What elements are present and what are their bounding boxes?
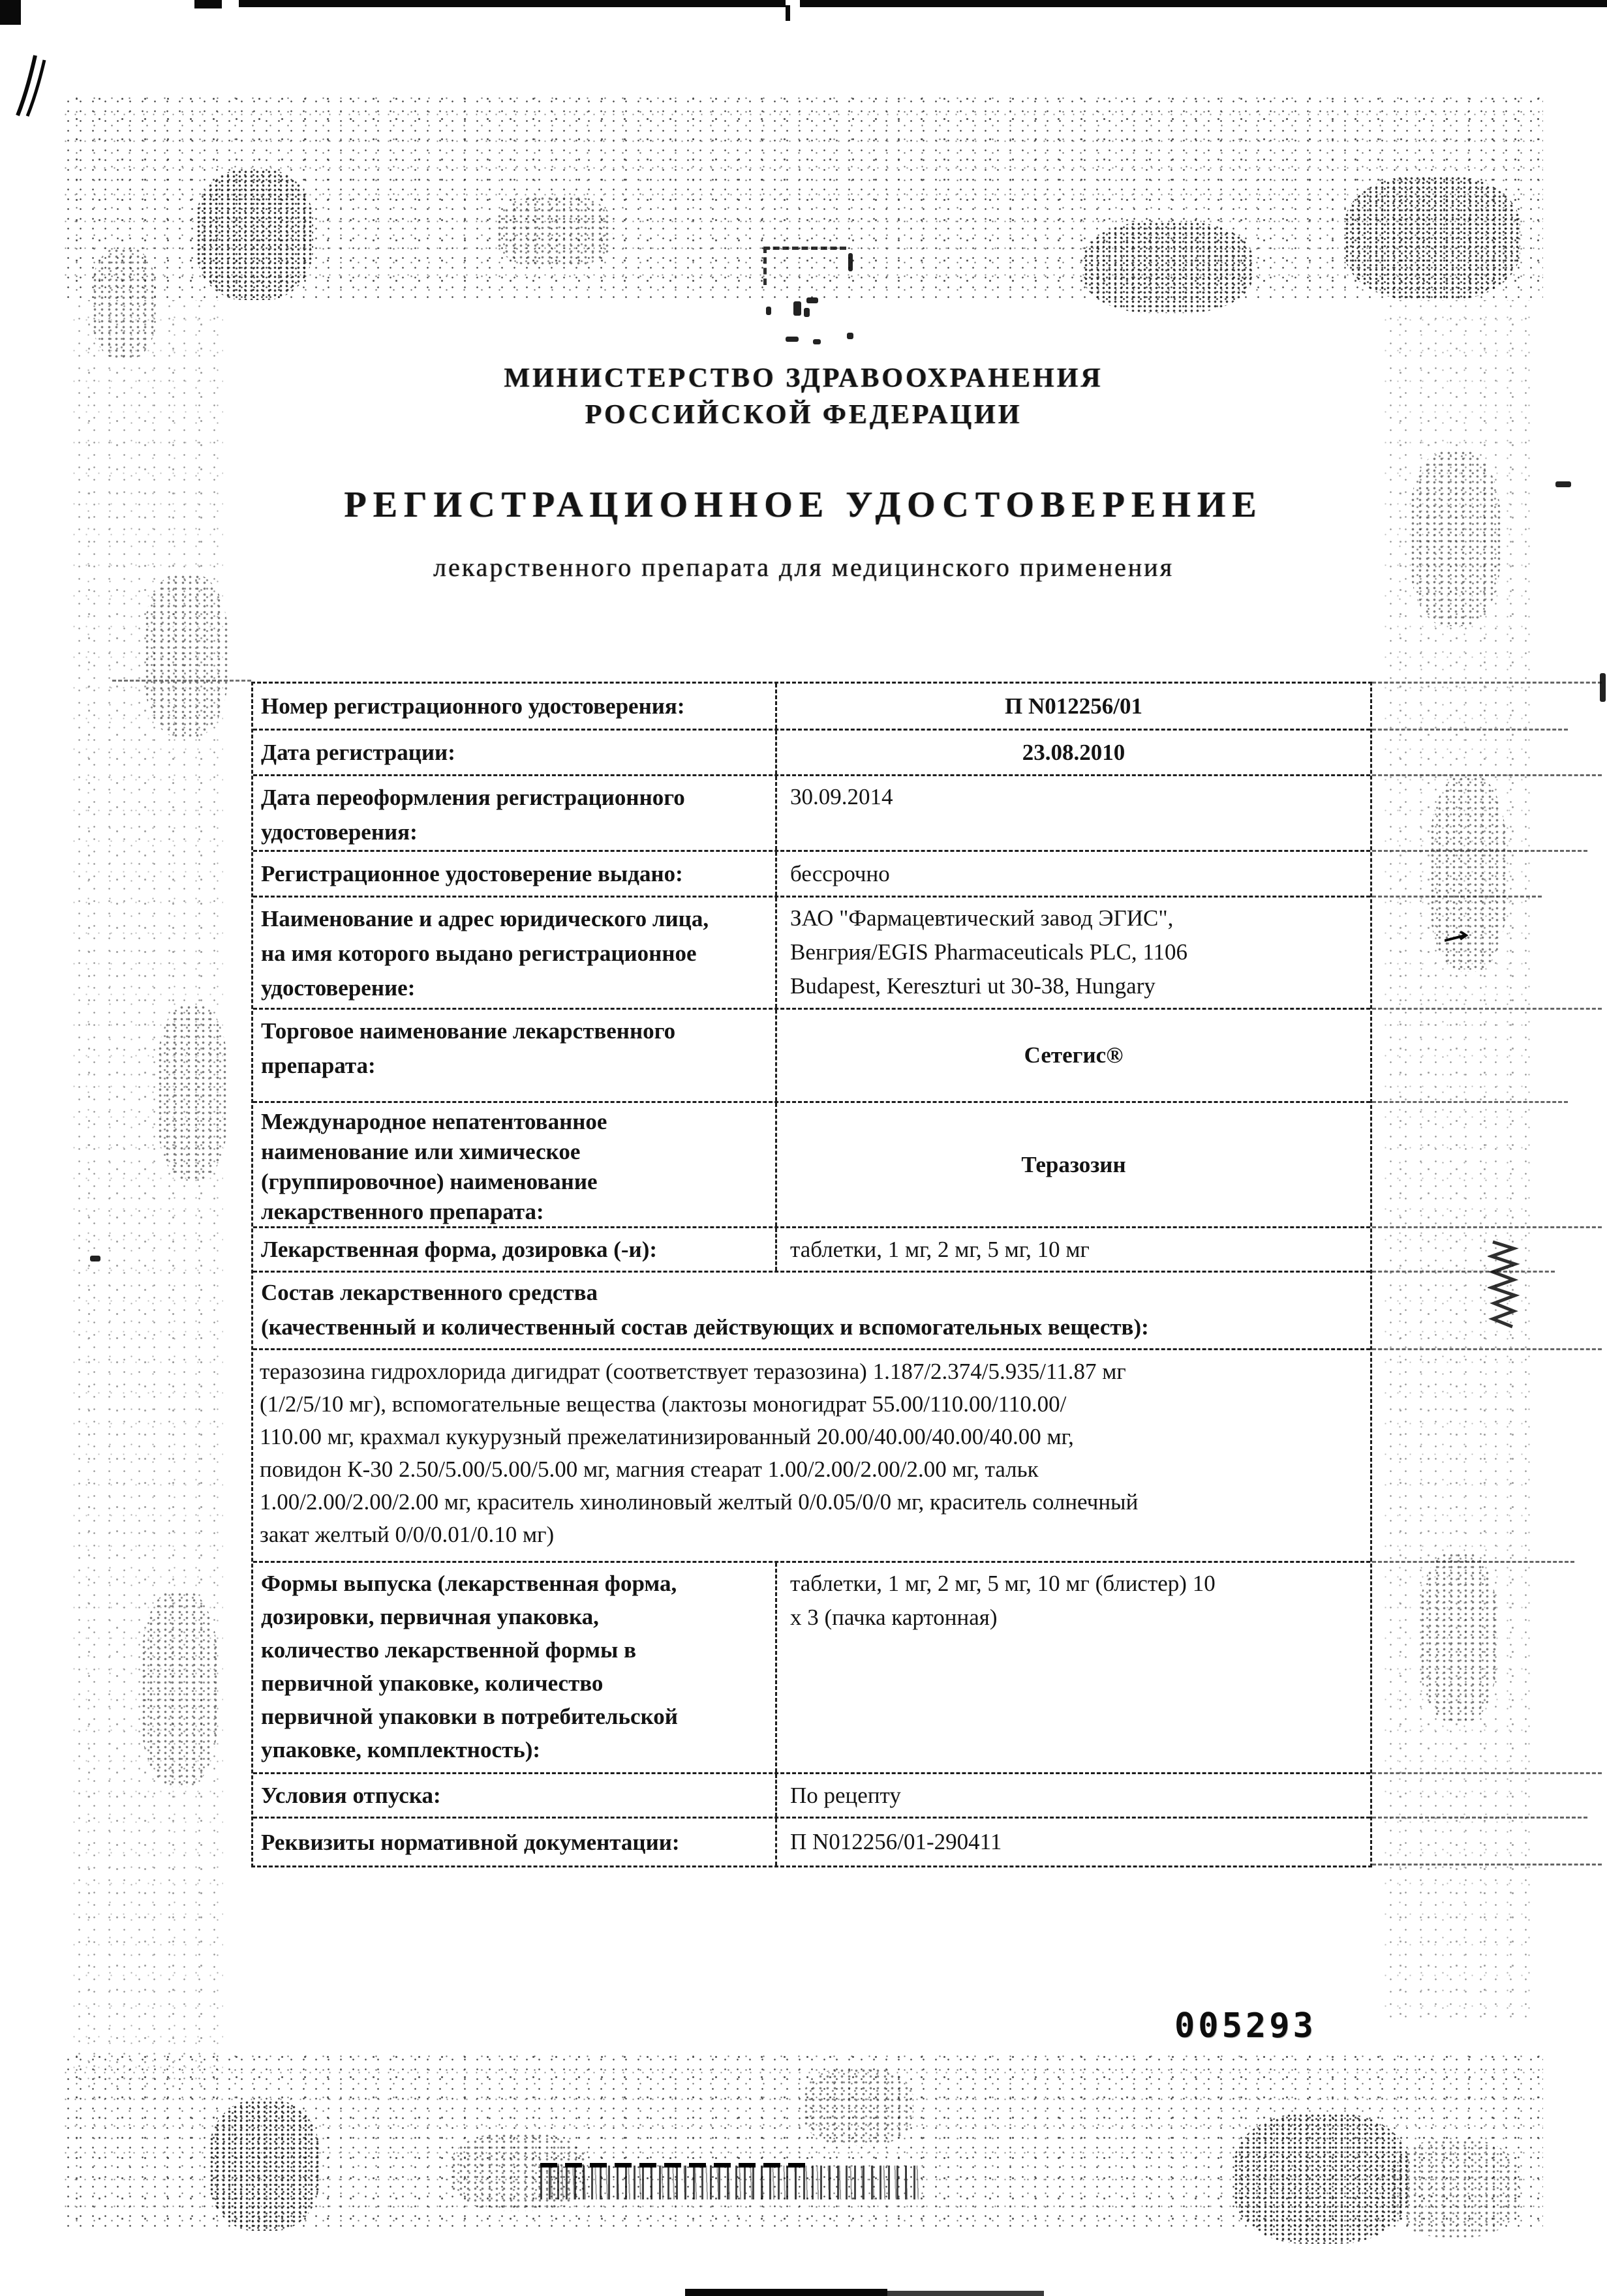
- scan-edge-artifact: [800, 0, 1607, 7]
- table-row-dosage-form: Лекарственная форма, дозировка (-и): таб…: [253, 1228, 1370, 1273]
- composition-header: Состав лекарственного средства (качестве…: [253, 1273, 1370, 1348]
- table-line-extension: [1372, 896, 1542, 898]
- frame-ornament-blob: [496, 196, 613, 267]
- table-line-extension: [1372, 1348, 1602, 1350]
- bottom-fringe: [540, 2166, 919, 2199]
- emblem-remnant-mark: [766, 307, 771, 315]
- document-title: РЕГИСТРАЦИОННОЕ УДОСТОВЕРЕНИЕ: [0, 484, 1607, 526]
- frame-ornament-blob: [1083, 222, 1253, 313]
- corner-pen-strokes: [10, 53, 52, 119]
- table-line-extension: [112, 680, 251, 682]
- table-line-extension: [1372, 850, 1587, 852]
- table-line-extension: [1372, 1226, 1602, 1228]
- frame-ornament-blob: [803, 2068, 913, 2146]
- row-label: Формы выпуска (лекарственная форма, дози…: [253, 1563, 775, 1772]
- row-label: Реквизиты нормативной документации:: [253, 1819, 775, 1865]
- row-label: Лекарственная форма, дозировка (-и):: [253, 1228, 775, 1271]
- table-line-extension: [1372, 1271, 1555, 1273]
- table-row-composition-header: Состав лекарственного средства (качестве…: [253, 1273, 1370, 1350]
- table-row-validity: Регистрационное удостоверение выдано: бе…: [253, 852, 1370, 898]
- document-subtitle: лекарственного препарата для медицинског…: [0, 552, 1607, 582]
- row-label: Условия отпуска:: [253, 1774, 775, 1817]
- row-value: 30.09.2014: [775, 776, 1370, 850]
- frame-ornament-blob: [91, 248, 157, 359]
- table-line-extension: [1372, 1561, 1574, 1563]
- row-label: Дата регистрации:: [253, 731, 775, 774]
- table-line-extension: [1372, 682, 1602, 684]
- emblem-remnant: [763, 247, 846, 285]
- serial-number-stamp: 005293: [1174, 2006, 1317, 2046]
- row-label: Международное непатентованное наименован…: [253, 1103, 775, 1226]
- row-value: По рецепту: [775, 1774, 1370, 1817]
- emblem-remnant-mark: [786, 337, 799, 342]
- margin-mark: [1600, 673, 1606, 702]
- margin-mark: [1555, 481, 1571, 487]
- row-value: бессрочно: [775, 852, 1370, 896]
- table-line-extension: [1372, 1101, 1568, 1103]
- table-row-composition-text: теразозина гидрохлорида дигидрат (соотве…: [253, 1350, 1370, 1563]
- certificate-table: Номер регистрационного удостоверения: П …: [251, 682, 1372, 1867]
- table-line-extension: [1372, 1008, 1602, 1010]
- frame-ornament-blob: [1233, 2113, 1409, 2244]
- table-row-inn: Международное непатентованное наименован…: [253, 1103, 1370, 1228]
- row-label: Номер регистрационного удостоверения:: [253, 684, 775, 729]
- scan-edge-artifact: [0, 0, 21, 25]
- frame-ornament-blob: [1419, 1552, 1497, 1722]
- row-label: Дата переоформления регистрационного удо…: [253, 776, 775, 850]
- table-row-release-forms: Формы выпуска (лекарственная форма, дози…: [253, 1563, 1370, 1774]
- table-row-reissue-date: Дата переоформления регистрационного удо…: [253, 776, 1370, 852]
- scan-edge-artifact: [685, 2289, 887, 2296]
- row-label: Торговое наименование лекарственного пре…: [253, 1010, 775, 1101]
- table-line-extension: [1372, 774, 1602, 776]
- row-value: П N012256/01-290411: [775, 1819, 1370, 1865]
- frame-ornament-blob: [1390, 2139, 1520, 2237]
- table-row-legal-entity: Наименование и адрес юридического лица, …: [253, 898, 1370, 1010]
- table-line-extension: [1372, 1817, 1587, 1819]
- row-value: П N012256/01: [775, 684, 1370, 729]
- frame-ornament-blob: [140, 1592, 219, 1787]
- emblem-remnant-mark: [813, 339, 821, 344]
- table-row-trade-name: Торговое наименование лекарственного пре…: [253, 1010, 1370, 1103]
- emblem-remnant-mark: [847, 333, 853, 339]
- table-row-dispensing: Условия отпуска: По рецепту: [253, 1774, 1370, 1819]
- emblem-remnant-mark: [793, 301, 801, 316]
- composition-text: теразозина гидрохлорида дигидрат (соотве…: [253, 1350, 1370, 1561]
- row-value: ЗАО "Фармацевтический завод ЭГИС", Венгр…: [775, 898, 1370, 1008]
- ministry-name-line1: МИНИСТЕРСТВО ЗДРАВООХРАНЕНИЯ: [0, 363, 1607, 394]
- row-value: Сетегис®: [775, 1010, 1370, 1101]
- row-value: 23.08.2010: [775, 731, 1370, 774]
- row-value: таблетки, 1 мг, 2 мг, 5 мг, 10 мг: [775, 1228, 1370, 1271]
- table-line-extension: [1372, 1772, 1602, 1774]
- table-row-normative-docs: Реквизиты нормативной документации: П N0…: [253, 1819, 1370, 1865]
- table-line-extension: [1372, 1864, 1602, 1865]
- table-line-extension: [1372, 729, 1568, 731]
- emblem-remnant-mark: [806, 297, 818, 303]
- frame-ornament-blob: [144, 574, 228, 737]
- frame-ornament-blob: [1344, 176, 1520, 300]
- row-label: Наименование и адрес юридического лица, …: [253, 898, 775, 1008]
- scan-edge-artifact: [887, 2291, 1044, 2296]
- emblem-remnant-mark: [848, 253, 853, 271]
- frame-ornament-blob: [196, 170, 313, 300]
- emblem-remnant-mark: [804, 308, 810, 317]
- scan-edge-artifact: [239, 0, 786, 7]
- frame-ornament-blob: [157, 1004, 228, 1181]
- table-row-reg-number: Номер регистрационного удостоверения: П …: [253, 684, 1370, 731]
- frame-ornament-blob: [209, 2100, 320, 2231]
- row-label: Регистрационное удостоверение выдано:: [253, 852, 775, 896]
- margin-scribble: [1488, 1239, 1520, 1337]
- scan-edge-artifact: [194, 0, 222, 8]
- row-value: таблетки, 1 мг, 2 мг, 5 мг, 10 мг (блист…: [775, 1563, 1370, 1772]
- table-row-reg-date: Дата регистрации: 23.08.2010: [253, 731, 1370, 776]
- row-value: Теразозин: [775, 1103, 1370, 1226]
- scanned-certificate-page: МИНИСТЕРСТВО ЗДРАВООХРАНЕНИЯ РОССИЙСКОЙ …: [0, 0, 1607, 2296]
- ministry-name-line2: РОССИЙСКОЙ ФЕДЕРАЦИИ: [0, 399, 1607, 430]
- margin-mark: [90, 1256, 100, 1261]
- scan-edge-artifact: [786, 5, 790, 21]
- margin-arrow-mark: [1445, 931, 1471, 944]
- frame-ornament-blob: [1409, 450, 1501, 626]
